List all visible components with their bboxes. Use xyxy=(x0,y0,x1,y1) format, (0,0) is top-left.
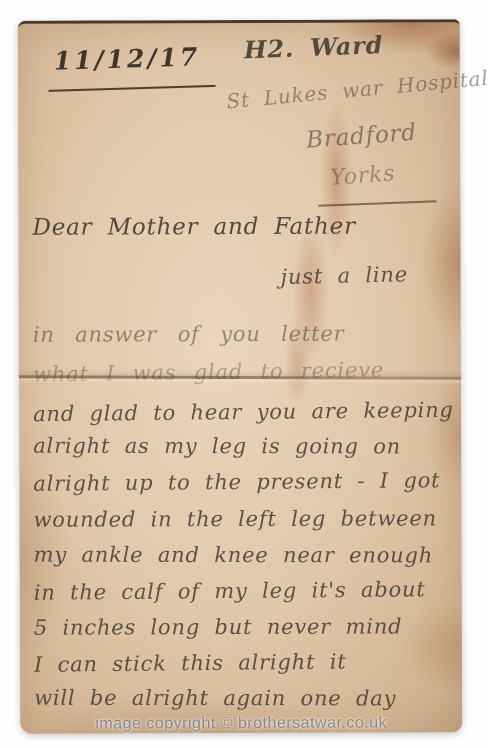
letter-photo: 11/12/17 H2. Ward St Lukes war Hospital … xyxy=(0,0,488,748)
letter-date: 11/12/17 xyxy=(47,43,215,91)
letter-line: will be alright again one day xyxy=(34,687,396,711)
letter-line: just a line xyxy=(280,263,408,289)
letter-paper: 11/12/17 H2. Ward St Lukes war Hospital … xyxy=(18,19,462,734)
letter-line: in answer of you letter xyxy=(33,323,345,347)
letter-line: what I was glad to recieve xyxy=(33,359,384,387)
address-hospital: St Lukes war Hospital xyxy=(226,67,488,113)
address-underline xyxy=(318,200,436,207)
salutation: Dear Mother and Father xyxy=(32,215,355,241)
letter-line: I can stick this alright it xyxy=(34,651,347,677)
letter-line: wounded in the left leg between xyxy=(33,507,436,532)
letter-line: alright up to the present - I got xyxy=(33,469,440,496)
address-city: Bradford xyxy=(305,121,417,154)
copyright-watermark: image copyright © brothersatwar.co.uk xyxy=(20,714,462,734)
letter-line: my ankle and knee near enough xyxy=(34,544,434,568)
address-ward: H2. Ward xyxy=(243,32,383,64)
address-county: Yorks xyxy=(330,162,397,191)
letter-line: 5 inches long but never mind xyxy=(34,615,403,639)
letter-line: alright as my leg is going on xyxy=(33,435,401,459)
letter-line: in the calf of my leg it's about xyxy=(34,578,426,605)
letter-line: and glad to hear you are keeping xyxy=(33,399,454,426)
